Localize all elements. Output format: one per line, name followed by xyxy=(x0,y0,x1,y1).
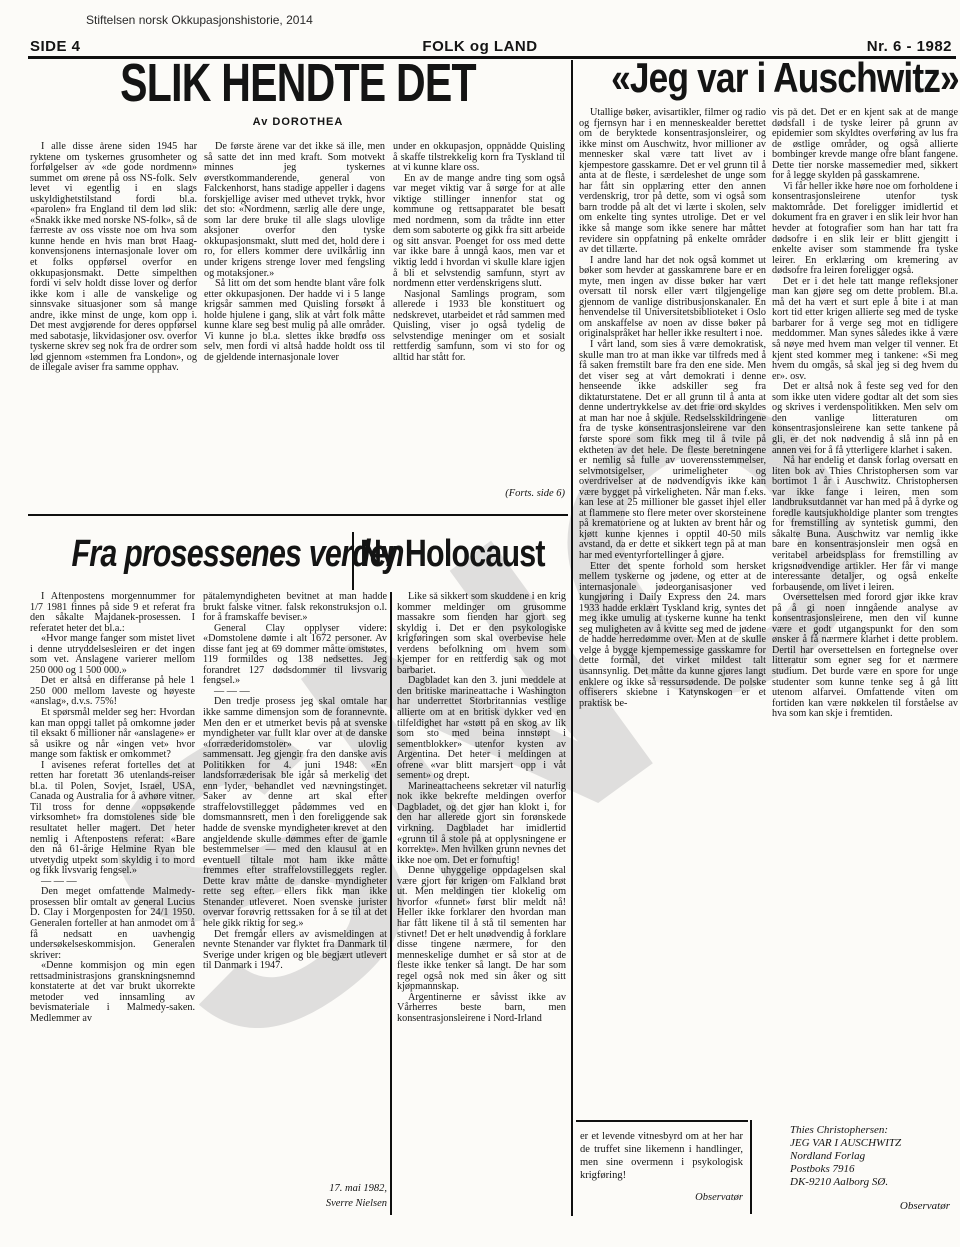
prosessene-column-1: I Aftenpostens morgennummer for 1/7 1981… xyxy=(30,592,195,1220)
box-top-rule xyxy=(576,1120,748,1122)
main-headline: SLIK HENDTE DET xyxy=(28,60,568,106)
section-rule xyxy=(28,514,568,516)
prosessene-sign-name: Sverre Nielsen xyxy=(203,1198,387,1209)
auschwitz-signature: Observatør xyxy=(772,1200,950,1212)
auschwitz-column-1: Utallige bøker, avisartikler, filmer og … xyxy=(579,108,766,1112)
book-reference: Thies Christophersen:JEG VAR I AUSCHWITZ… xyxy=(790,1124,958,1189)
scan-provenance-text: Stiftelsen norsk Okkupasjonshistorie, 20… xyxy=(86,13,313,27)
main-article-column-3: under en okkupasjon, oppnådde Quisling å… xyxy=(393,142,565,486)
main-vertical-divider xyxy=(571,60,573,1216)
holocaust-box-signature: Observatør xyxy=(580,1192,743,1203)
main-article-column-1: I alle disse årene siden 1945 har rykten… xyxy=(30,142,197,508)
continued-on-page-note: (Forts. side 6) xyxy=(393,489,565,503)
prosessene-headline: Fra prosessenes verden xyxy=(30,534,355,574)
column-divider-rule xyxy=(390,592,392,1215)
auschwitz-headline-text: «Jeg var i Auschwitz» xyxy=(611,58,959,98)
holocaust-headline: Ny Holocaust xyxy=(360,534,566,574)
holocaust-column: Like så sikkert som skuddene i en krig k… xyxy=(397,592,566,1217)
box-right-rule xyxy=(750,1120,752,1214)
headline-divider-rule xyxy=(352,532,354,590)
prosessene-column-2: påtalemyndigheten bevitnet at man hadde … xyxy=(203,592,387,1180)
prosessene-sign-date: 17. mai 1982, xyxy=(203,1183,387,1194)
main-article-column-2: De første årene var det ikke så ille, me… xyxy=(204,142,385,508)
main-headline-text: SLIK HENDTE DET xyxy=(120,60,476,106)
issue-number: Nr. 6 - 1982 xyxy=(867,38,952,55)
main-byline: Av DOROTHEA xyxy=(28,116,568,128)
auschwitz-column-2: vis på det. Det er en kjent sak at de ma… xyxy=(772,108,958,1112)
holocaust-box-continuation: er et levende vitnesbyrd om at her har d… xyxy=(580,1130,743,1186)
holocaust-headline-text: Ny Holocaust xyxy=(360,534,545,574)
auschwitz-headline: «Jeg var i Auschwitz» xyxy=(578,58,958,98)
newspaper-page: SNO Stiftelsen norsk Okkupasjonshistorie… xyxy=(0,0,960,1247)
